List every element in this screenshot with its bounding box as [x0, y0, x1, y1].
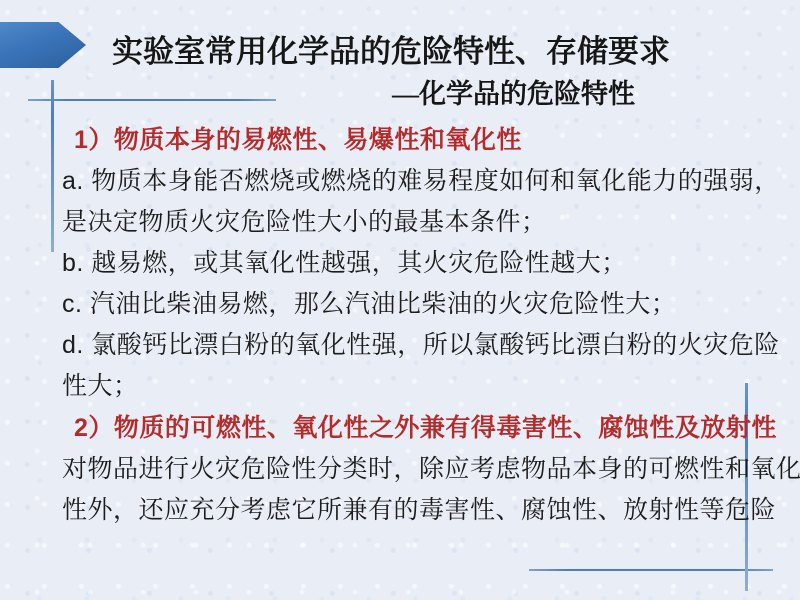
- arrow-right-icon: [0, 22, 86, 68]
- slide-subtitle: —化学品的危险特性: [392, 72, 635, 111]
- decor-line-horizontal-top: [28, 99, 276, 101]
- body-line-a2: 是决定物质火灾危险性大小的最基本条件；: [62, 202, 762, 243]
- section-heading-1: 1）物质本身的易燃性、易爆性和氧化性: [62, 120, 762, 161]
- slide-canvas: 实验室常用化学品的危险特性、存储要求 —化学品的危险特性 1）物质本身的易燃性、…: [0, 0, 800, 600]
- decor-line-horizontal-bottom: [529, 569, 773, 571]
- body-text-block: 1）物质本身的易燃性、易爆性和氧化性 a. 物质本身能否燃烧或燃烧的难易程度如何…: [62, 120, 762, 531]
- slide-title: 实验室常用化学品的危险特性、存储要求: [112, 26, 670, 71]
- body-line-e2: 性外，还应充分考虑它所兼有的毒害性、腐蚀性、放射性等危险: [62, 490, 762, 531]
- decor-line-vertical-top: [51, 80, 54, 252]
- body-line-e1: 对物品进行火灾危险性分类时，除应考虑物品本身的可燃性和氧化: [62, 449, 762, 490]
- body-line-a1: a. 物质本身能否燃烧或燃烧的难易程度如何和氧化能力的强弱，: [62, 161, 762, 202]
- body-line-d2: 性大；: [62, 366, 762, 407]
- body-line-b: b. 越易燃，或其氧化性越强，其火灾危险性越大；: [62, 243, 762, 284]
- body-line-c: c. 汽油比柴油易燃，那么汽油比柴油的火灾危险性大；: [62, 284, 762, 325]
- body-line-d1: d. 氯酸钙比漂白粉的氧化性强，所以氯酸钙比漂白粉的火灾危险: [62, 325, 762, 366]
- section-heading-2: 2）物质的可燃性、氧化性之外兼有得毒害性、腐蚀性及放射性: [62, 408, 762, 449]
